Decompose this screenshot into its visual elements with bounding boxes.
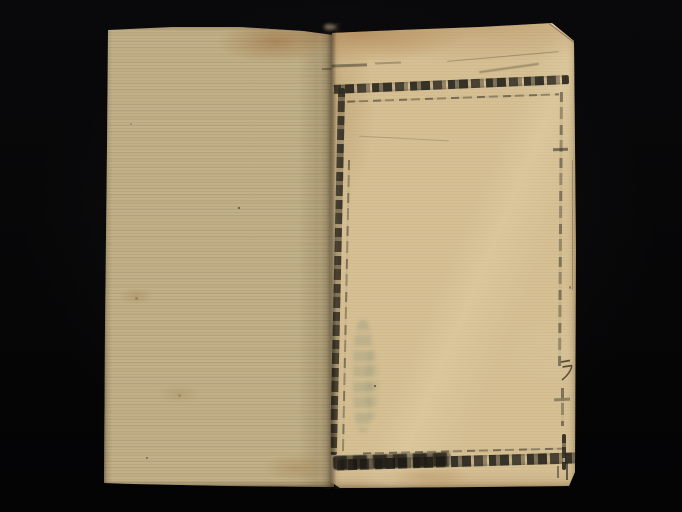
ink-tick xyxy=(554,398,570,402)
ink-drip xyxy=(566,462,568,480)
foxing-speck xyxy=(135,297,138,300)
right-page xyxy=(329,20,577,489)
foxing-speck xyxy=(146,457,148,459)
red-speck xyxy=(569,286,571,289)
ink-tick xyxy=(553,148,568,152)
ink-drip xyxy=(557,466,559,478)
photo-backdrop xyxy=(0,0,682,512)
ink-speck xyxy=(374,385,376,387)
paper-scratch xyxy=(359,136,449,142)
frame-right-ghost-line xyxy=(572,160,573,290)
frame-right-border-segment xyxy=(558,92,563,366)
foxing-speck xyxy=(178,394,181,397)
frame-top-border xyxy=(332,75,569,94)
frame-right-border-segment xyxy=(561,388,564,426)
frame-left-inner-line xyxy=(342,160,350,452)
frame-ghost-dash xyxy=(375,62,401,65)
corner-fold-crease xyxy=(549,23,576,44)
foxing-speck xyxy=(130,123,132,125)
paper-scratch xyxy=(479,63,539,73)
paper-scratch xyxy=(447,51,559,62)
showthrough-column xyxy=(366,350,378,420)
frame-top-inner-line xyxy=(347,93,559,102)
stray-ink-dash xyxy=(322,68,332,70)
frame-ghost-dash xyxy=(329,63,367,67)
gutter-top-highlight xyxy=(324,24,336,30)
foxing-speck xyxy=(238,207,240,209)
fore-edge-mark-glyph xyxy=(559,358,575,382)
left-page xyxy=(103,26,335,488)
